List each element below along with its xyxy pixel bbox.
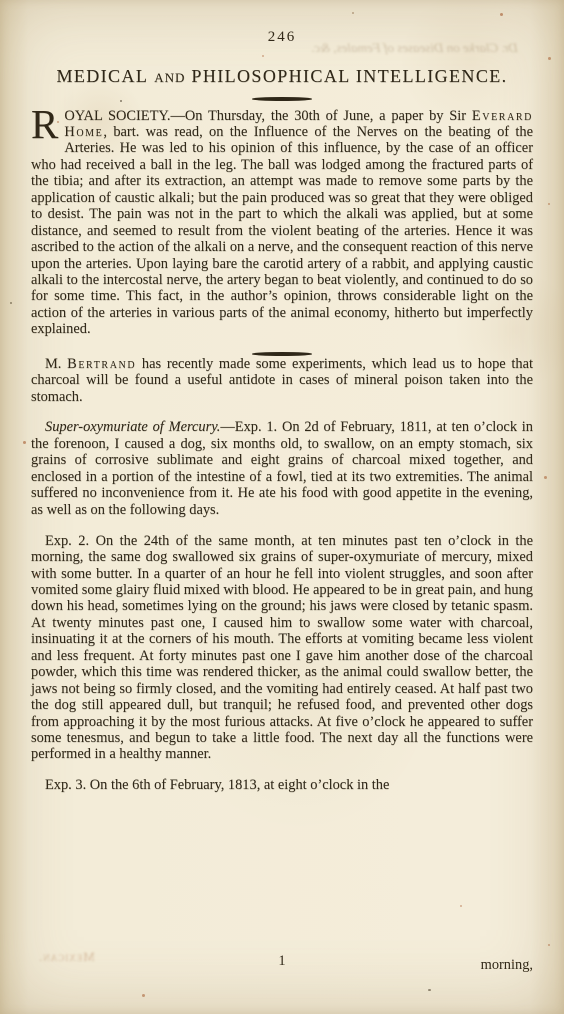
foxing-spot <box>142 994 145 997</box>
drop-cap-initial: R <box>31 108 64 142</box>
catchword: morning, <box>481 957 533 974</box>
paragraph-bertrand: M. Bertrand has recently made some exper… <box>31 356 533 405</box>
title-word-rest: PHILOSOPHICAL INTELLIGENCE. <box>191 66 507 86</box>
text-column: 246 MEDICALANDPHILOSOPHICAL INTELLIGENCE… <box>31 0 533 808</box>
section-title: MEDICALANDPHILOSOPHICAL INTELLIGENCE. <box>31 66 533 87</box>
foxing-spot <box>548 944 550 946</box>
signature-mark: 1 <box>31 953 533 970</box>
experiment-1-italic-heading: Super-oxymuriate of Mercury. <box>45 419 220 435</box>
scanned-journal-page: Dr. Clarke on Diseases of Females, &c. 2… <box>0 0 564 1014</box>
experiment-3-text: Exp. 3. On the 6th of February, 1813, at… <box>45 777 389 793</box>
foxing-spot <box>548 57 551 60</box>
paragraph-experiment-1: Super-oxymuriate of Mercury.—Exp. 1. On … <box>31 419 533 518</box>
title-word-medical: MEDICAL <box>56 66 148 86</box>
foxing-spot <box>460 905 462 907</box>
royal-society-text-lead: OYAL SOCIETY.—On Thursday, the 30th of J… <box>64 108 472 124</box>
foxing-spot <box>548 203 550 205</box>
page-number: 246 <box>31 29 533 46</box>
page-footer: 1 morning, <box>31 953 533 970</box>
ink-speck <box>10 302 12 304</box>
bertrand-text-lead: M. <box>45 356 67 372</box>
title-word-and: AND <box>154 70 185 85</box>
ink-speck <box>428 989 431 991</box>
paragraph-experiment-2: Exp. 2. On the 24th of the same month, a… <box>31 533 533 763</box>
paragraph-experiment-3-partial: Exp. 3. On the 6th of February, 1813, at… <box>31 777 533 793</box>
royal-society-text-body: , bart. was read, on the Influence of th… <box>31 124 533 337</box>
ornamental-rule-under-title <box>252 97 312 101</box>
foxing-spot <box>544 476 547 479</box>
paragraph-royal-society: ROYAL SOCIETY.—On Thursday, the 30th of … <box>31 108 533 338</box>
foxing-spot <box>23 441 26 444</box>
experiment-2-text: Exp. 2. On the 24th of the same month, a… <box>31 533 533 763</box>
author-name-bertrand: Bertrand <box>67 356 136 372</box>
